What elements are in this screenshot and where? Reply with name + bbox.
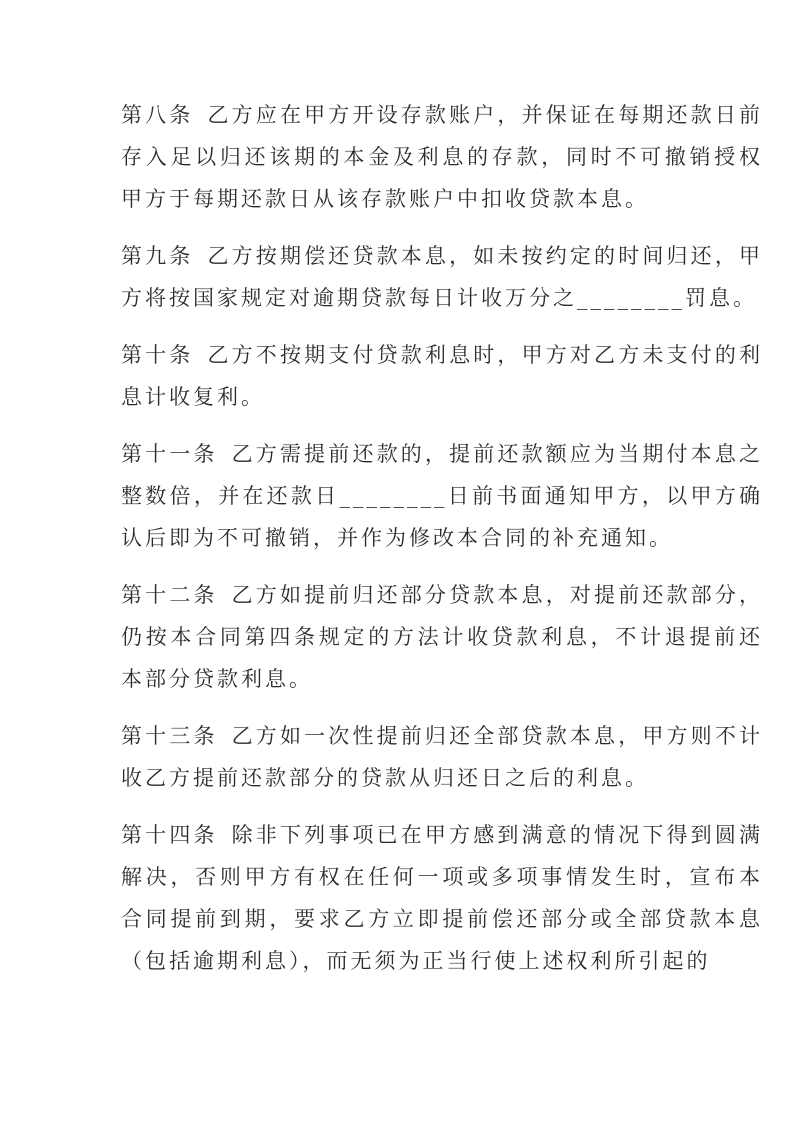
clause-number: 第十条	[121, 343, 193, 367]
clause-number: 第十三条	[121, 724, 218, 748]
contract-clause-14: 第十四条除非下列事项已在甲方感到满意的情况下得到圆满解决，否则甲方有权在任何一项…	[121, 814, 763, 982]
contract-clause-12: 第十二条乙方如提前归还部分贷款本息，对提前还款部分，仍按本合同第四条规定的方法计…	[121, 574, 763, 700]
contract-clause-13: 第十三条乙方如一次性提前归还全部贷款本息，甲方则不计收乙方提前还款部分的贷款从归…	[121, 715, 763, 799]
contract-clause-8: 第八条乙方应在甲方开设存款账户，并保证在每期还款日前存入足以归还该期的本金及利息…	[121, 94, 763, 220]
contract-clause-11: 第十一条乙方需提前还款的，提前还款额应为当期付本息之整数倍，并在还款日_____…	[121, 433, 763, 559]
clause-number: 第十四条	[121, 823, 218, 847]
contract-clause-10: 第十条乙方不按期支付贷款利息时，甲方对乙方未支付的利息计收复利。	[121, 334, 763, 418]
clause-number: 第十一条	[121, 442, 218, 466]
clause-number: 第十二条	[121, 583, 218, 607]
contract-clause-9: 第九条乙方按期偿还贷款本息，如未按约定的时间归还，甲方将按国家规定对逾期贷款每日…	[121, 235, 763, 319]
clause-number: 第九条	[121, 244, 193, 268]
clause-text: 乙方不按期支付贷款利息时，甲方对乙方未支付的利息计收复利。	[121, 343, 763, 409]
clause-text: 乙方应在甲方开设存款账户，并保证在每期还款日前存入足以归还该期的本金及利息的存款…	[121, 103, 763, 211]
clause-number: 第八条	[121, 103, 193, 127]
clause-text: 乙方按期偿还贷款本息，如未按约定的时间归还，甲方将按国家规定对逾期贷款每日计收万…	[121, 244, 763, 310]
document-page: 第八条乙方应在甲方开设存款账户，并保证在每期还款日前存入足以归还该期的本金及利息…	[0, 0, 793, 1122]
